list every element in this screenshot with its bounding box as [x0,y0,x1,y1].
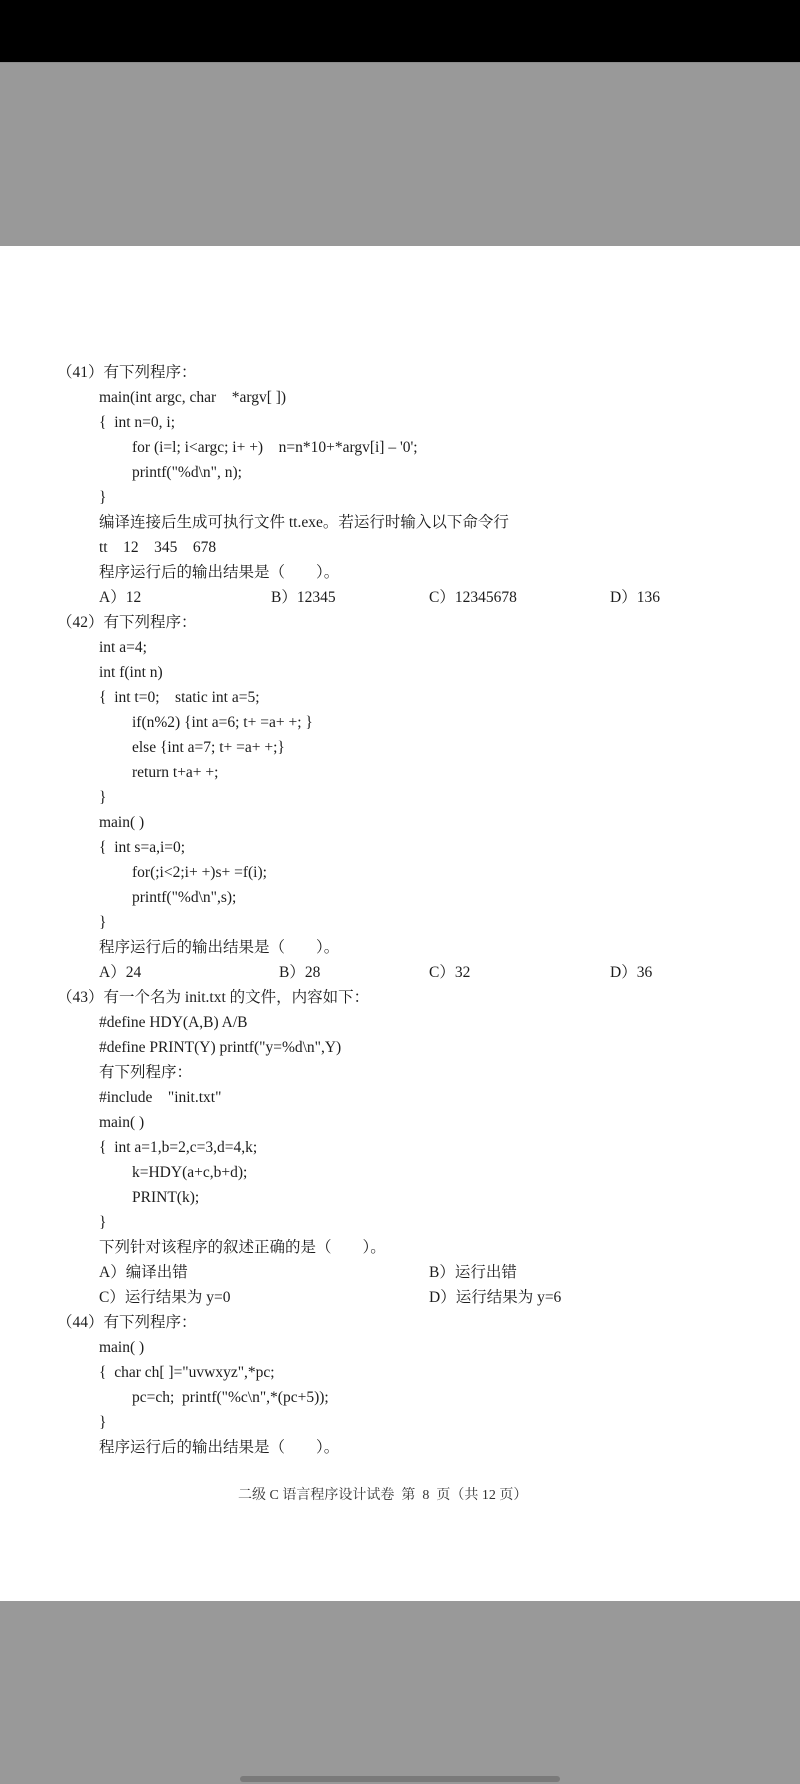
bottom-margin-area [0,1601,800,1784]
question-stem: 有下列程序： [104,614,197,631]
document-page: （41）有下列程序： main(int argc, char *argv[ ])… [0,246,800,1601]
question-number: （42） [57,614,104,631]
code-line: for (i=l; i<argc; i+ +) n=n*10+*argv[i] … [132,438,418,458]
page-footer: 二级 C 语言程序设计试卷 第 8 页（共 12 页） [238,1486,527,1506]
option-a[interactable]: A）24 [99,963,141,983]
code-line: for(;i<2;i+ +)s+ =f(i); [132,863,267,883]
code-line: k=HDY(a+c,b+d); [132,1163,247,1183]
code-line: main( ) [99,1113,144,1133]
code-line: #define HDY(A,B) A/B [99,1013,248,1033]
code-line: printf("%d\n",s); [132,888,236,908]
code-line: } [99,1213,106,1233]
option-d[interactable]: D）36 [610,963,652,983]
description-line: 编译连接后生成可执行文件 tt.exe。若运行时输入以下命令行 [99,513,509,533]
question-stem: 有一个名为 init.txt 的文件，内容如下： [104,989,370,1006]
code-line: { int t=0; static int a=5; [99,688,260,708]
code-line: #include "init.txt" [99,1088,221,1108]
option-c[interactable]: C）12345678 [429,588,517,608]
question-heading: （43）有一个名为 init.txt 的文件，内容如下： [57,988,369,1008]
code-line: { int a=1,b=2,c=3,d=4,k; [99,1138,257,1158]
question-heading: （41）有下列程序： [57,363,197,383]
status-bar [0,0,800,62]
option-b[interactable]: B）运行出错 [429,1263,517,1283]
code-line: } [99,788,106,808]
question-number: （44） [57,1314,104,1331]
option-a[interactable]: A）编译出错 [99,1263,188,1283]
code-line: } [99,1413,106,1433]
option-c[interactable]: C）32 [429,963,470,983]
code-line: PRINT(k); [132,1188,199,1208]
option-b[interactable]: B）12345 [271,588,336,608]
option-d[interactable]: D）运行结果为 y=6 [429,1288,561,1308]
code-line: { int n=0, i; [99,413,175,433]
code-line: printf("%d\n", n); [132,463,242,483]
code-line: #define PRINT(Y) printf("y=%d\n",Y) [99,1038,341,1058]
code-line: main( ) [99,1338,144,1358]
top-margin-area [0,62,800,246]
code-line: if(n%2) {int a=6; t+ =a+ +; } [132,713,313,733]
code-line: int a=4; [99,638,147,658]
code-line: main( ) [99,813,144,833]
code-line: int f(int n) [99,663,163,683]
option-a[interactable]: A）12 [99,588,141,608]
question-prompt: 程序运行后的输出结果是（ ）。 [99,1438,339,1458]
question-heading: （42）有下列程序： [57,613,197,633]
code-line: } [99,488,106,508]
option-c[interactable]: C）运行结果为 y=0 [99,1288,230,1308]
question-prompt: 程序运行后的输出结果是（ ）。 [99,563,339,583]
code-line: { int s=a,i=0; [99,838,185,858]
question-stem: 有下列程序： [104,364,197,381]
code-line: pc=ch; printf("%c\n",*(pc+5)); [132,1388,329,1408]
option-d[interactable]: D）136 [610,588,660,608]
code-line: main(int argc, char *argv[ ]) [99,388,286,408]
code-line: { char ch[ ]="uvwxyz",*pc; [99,1363,275,1383]
question-prompt: 程序运行后的输出结果是（ ）。 [99,938,339,958]
question-heading: （44）有下列程序： [57,1313,197,1333]
home-indicator[interactable] [240,1776,560,1782]
description-line: 有下列程序： [99,1063,192,1083]
option-b[interactable]: B）28 [279,963,320,983]
question-number: （43） [57,989,104,1006]
question-number: （41） [57,364,104,381]
code-line: else {int a=7; t+ =a+ +;} [132,738,285,758]
command-line: tt 12 345 678 [99,538,216,558]
code-line: return t+a+ +; [132,763,218,783]
question-stem: 有下列程序： [104,1314,197,1331]
code-line: } [99,913,106,933]
question-prompt: 下列针对该程序的叙述正确的是（ ）。 [99,1238,386,1258]
